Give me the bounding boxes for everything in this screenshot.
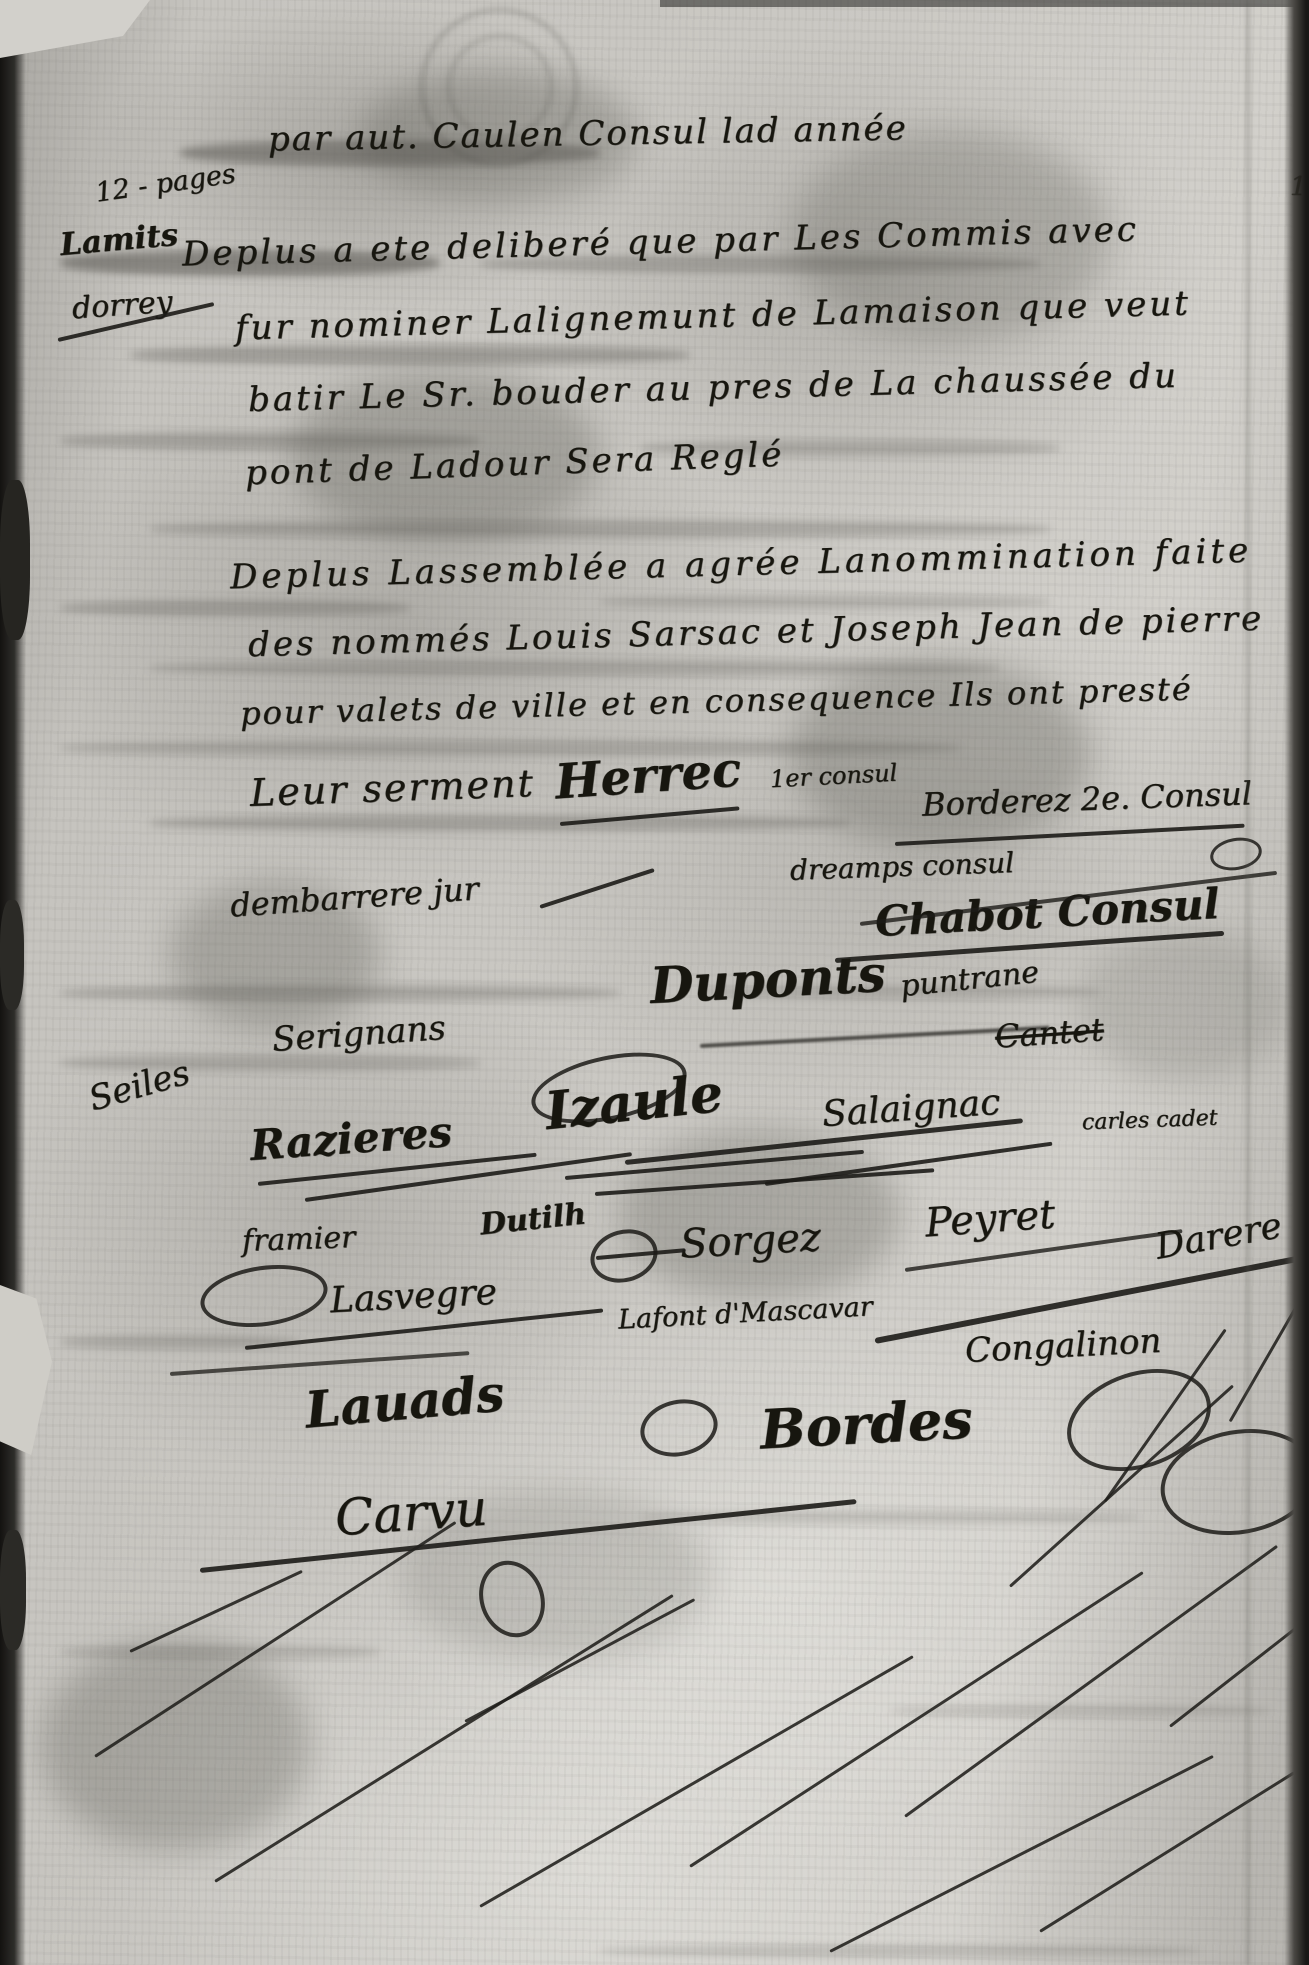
pen-stroke [1039,1771,1295,1933]
flourish [196,1257,331,1334]
bleedthrough-bar [890,1705,1270,1717]
bleedthrough-bar [150,815,850,831]
page-text-line: fur nominer Lalignemunt de Lamaison que … [235,283,1192,348]
bleedthrough-bar [60,1645,380,1659]
signature-dutilh: Dutilh [478,1197,587,1243]
signature-herrec: Herrec [553,742,743,811]
pen-stroke [129,1570,302,1653]
page-text-line: batir Le Sr. bouder au pres de La chauss… [248,356,1180,420]
corner-mark: 1 [1290,172,1307,202]
page-text-line: Deplus Lassemblée a agrée Lanommination … [230,531,1253,598]
signature-framier: framier [241,1220,356,1259]
signature-razieres: Razieres [249,1107,454,1170]
signature-dreamps: dreamps consul [789,846,1014,887]
signature-darere: Darere [1152,1205,1285,1267]
bleedthrough-bar [60,740,960,756]
page-right-edge [1284,0,1309,1965]
manuscript-page: 12 - pages Lamits dorrey par aut. Caulen… [0,0,1309,1965]
signature-peyret: Peyret [924,1192,1057,1247]
margin-note-pages: 12 - pages [94,158,238,208]
signature-lauads: Lauads [303,1363,507,1439]
bleedthrough-bar [130,345,690,365]
flourish [635,1393,723,1464]
binding-shadow [0,900,24,1010]
pen-stroke [479,1655,914,1908]
signature-bordes: Bordes [758,1386,974,1461]
page-text-line: par aut. Caulen Consul lad année [268,108,908,159]
ink-smudge [40,1640,310,1850]
torn-paper-flap [0,0,150,58]
bleedthrough-bar [150,520,1050,538]
pen-stroke [829,1755,1213,1953]
bleedthrough-bar [600,1945,1200,1957]
signature-carles-cadet: carles cadet [1082,1106,1218,1136]
page-text-line: Leur serment [249,761,535,815]
binding-shadow [0,480,30,640]
signature-lafont: Lafont d'Mascavar [617,1291,873,1335]
signature-sorgez: Sorgez [679,1214,822,1267]
signature-cantet-struck: Cantet [994,1010,1105,1055]
bleedthrough-bar [60,600,410,616]
torn-paper-flap [0,1285,52,1455]
bleedthrough-bar [60,985,620,1001]
page-crease [1246,0,1250,1965]
ink-smudge [1080,930,1290,1080]
signature-congalinon: Congalinon [964,1321,1162,1371]
margin-note-word: dorrey [71,285,174,327]
signature-carvu: Carvu [333,1479,489,1547]
bleedthrough-bar [60,1055,480,1071]
pen-stroke [904,1545,1278,1818]
flourish [539,868,654,909]
flourish [1208,834,1265,875]
page-top-edge [660,0,1309,7]
signature-lasvegre: Lasvegre [329,1272,498,1322]
signature-duponts: Duponts [649,944,887,1015]
binding-shadow [0,1530,26,1650]
